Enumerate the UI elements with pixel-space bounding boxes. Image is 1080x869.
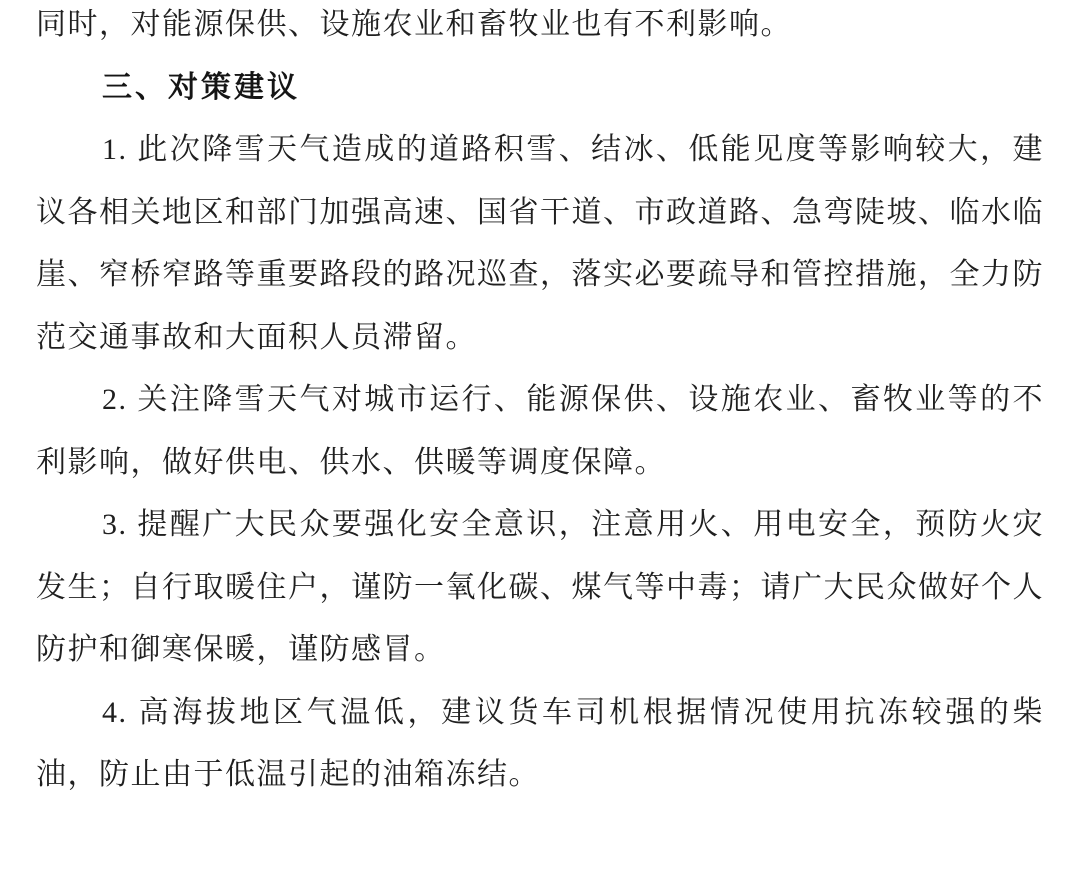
document-page: 同时，对能源保供、设施农业和畜牧业也有不利影响。 三、对策建议 1. 此次降雪天… xyxy=(0,0,1080,863)
paragraph-item-4: 4. 高海拔地区气温低，建议货车司机根据情况使用抗冻较强的柴油，防止由于低温引起… xyxy=(36,682,1044,807)
paragraph-item-2: 2. 关注降雪天气对城市运行、能源保供、设施农业、畜牧业等的不利影响，做好供电、… xyxy=(36,369,1044,494)
paragraph-continuation: 同时，对能源保供、设施农业和畜牧业也有不利影响。 xyxy=(36,0,1044,57)
section-heading: 三、对策建议 xyxy=(36,57,1044,120)
document-body: 同时，对能源保供、设施农业和畜牧业也有不利影响。 三、对策建议 1. 此次降雪天… xyxy=(36,0,1044,807)
paragraph-item-3: 3. 提醒广大民众要强化安全意识，注意用火、用电安全，预防火灾发生；自行取暖住户… xyxy=(36,494,1044,682)
paragraph-item-1: 1. 此次降雪天气造成的道路积雪、结冰、低能见度等影响较大，建议各相关地区和部门… xyxy=(36,119,1044,369)
